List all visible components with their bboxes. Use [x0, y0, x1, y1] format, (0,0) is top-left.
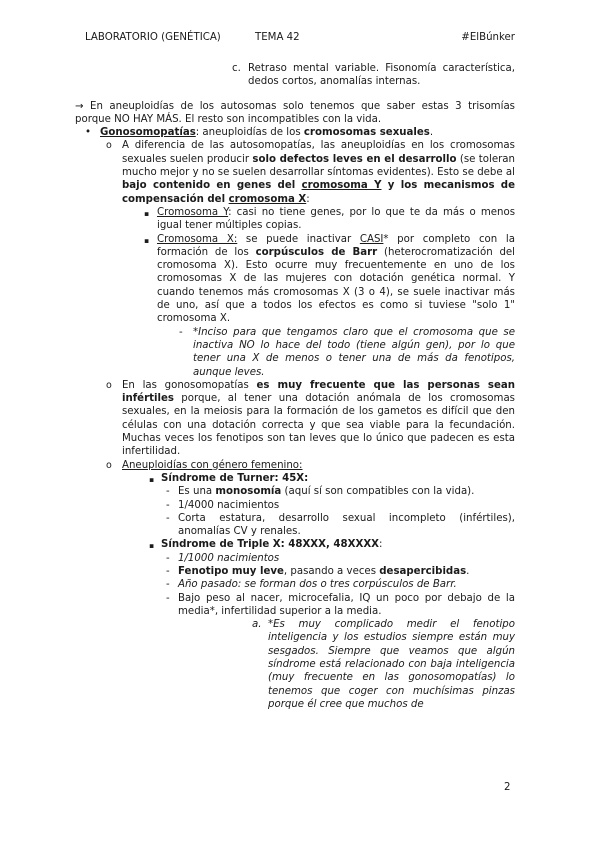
bullet-marker: o: [106, 139, 112, 152]
paragraph-text: A diferencia de las autosomopatías, las …: [122, 140, 515, 204]
paragraph-text: → En aneuploidías de los autosomas solo …: [75, 101, 515, 125]
paragraph-text: Síndrome de Triple X: 48XXX, 48XXXX:: [161, 539, 382, 550]
bullet-marker: ▪: [144, 207, 149, 220]
paragraph-text: Es una monosomía (aquí sí son compatible…: [178, 486, 474, 497]
document-body: c. Retraso mental variable. Fisonomía ca…: [0, 62, 599, 711]
list-item: • Gonosomopatías: aneuploidías de los cr…: [0, 126, 515, 139]
list-item: ▪ Cromosoma Y: casi no tiene genes, por …: [0, 206, 515, 233]
list-item: - Fenotipo muy leve, pasando a veces des…: [0, 565, 515, 578]
list-item: - 1/4000 nacimientos: [0, 499, 515, 512]
paragraph-text: Bajo peso al nacer, microcefalia, IQ un …: [178, 593, 515, 617]
list-item: c. Retraso mental variable. Fisonomía ca…: [0, 62, 515, 89]
header-course: LABORATORIO (GENÉTICA): [85, 31, 221, 44]
dash-marker: -: [166, 592, 170, 605]
dash-marker: -: [166, 512, 170, 525]
paragraph-text: Año pasado: se forman dos o tres corpúsc…: [178, 579, 457, 590]
list-item: - Año pasado: se forman dos o tres corpú…: [0, 578, 515, 591]
paragraph-text: En las gonosomopatías es muy frecuente q…: [122, 380, 515, 457]
bullet-marker: o: [106, 379, 112, 392]
paragraph-text: 1/4000 nacimientos: [178, 500, 279, 511]
paragraph-text: *Es muy complicado medir el fenotipo int…: [268, 619, 515, 710]
dash-marker: -: [166, 565, 170, 578]
list-item: o En las gonosomopatías es muy frecuente…: [0, 379, 515, 459]
page-number: 2: [504, 781, 510, 794]
list-item: - *Inciso para que tengamos claro que el…: [0, 326, 515, 379]
bullet-marker: o: [106, 459, 112, 472]
paragraph-text: *Inciso para que tengamos claro que el c…: [193, 327, 515, 378]
paragraph-text: Gonosomopatías: aneuploidías de los crom…: [100, 127, 433, 138]
page-header: LABORATORIO (GENÉTICA) TEMA 42 #ElBúnker: [0, 31, 599, 46]
paragraph-text: Cromosoma Y: casi no tiene genes, por lo…: [157, 207, 515, 231]
header-topic: TEMA 42: [255, 31, 300, 44]
dash-marker: -: [179, 326, 183, 339]
bullet-marker: ▪: [149, 539, 154, 552]
list-item: - Corta estatura, desarrollo sexual inco…: [0, 512, 515, 539]
bullet-marker: ▪: [144, 234, 149, 247]
paragraph-text: Síndrome de Turner: 45X:: [161, 473, 308, 484]
dash-marker: -: [166, 578, 170, 591]
arrow-paragraph: → En aneuploidías de los autosomas solo …: [0, 100, 515, 127]
dash-marker: -: [166, 499, 170, 512]
list-marker: c.: [232, 62, 241, 75]
document-page: LABORATORIO (GENÉTICA) TEMA 42 #ElBúnker…: [0, 0, 599, 848]
list-item: ▪ Síndrome de Triple X: 48XXX, 48XXXX:: [0, 538, 515, 551]
dash-marker: -: [166, 485, 170, 498]
paragraph-text: Aneuploidías con género femenino:: [122, 460, 302, 471]
list-item: ▪ Cromosoma X: se puede inactivar CASI* …: [0, 233, 515, 326]
header-tag: #ElBúnker: [461, 31, 515, 44]
list-item: a. *Es muy complicado medir el fenotipo …: [0, 618, 515, 711]
paragraph-text: Fenotipo muy leve, pasando a veces desap…: [178, 566, 469, 577]
letter-marker: a.: [252, 618, 261, 631]
bullet-marker: •: [85, 126, 91, 139]
paragraph-text: Corta estatura, desarrollo sexual incomp…: [178, 513, 515, 537]
bullet-marker: ▪: [149, 473, 154, 486]
list-item: - 1/1000 nacimientos: [0, 552, 515, 565]
list-item: o A diferencia de las autosomopatías, la…: [0, 139, 515, 205]
list-item: - Es una monosomía (aquí sí son compatib…: [0, 485, 515, 498]
dash-marker: -: [166, 552, 170, 565]
paragraph-text: Retraso mental variable. Fisonomía carac…: [248, 63, 515, 87]
list-item: o Aneuploidías con género femenino:: [0, 459, 515, 472]
paragraph-text: Cromosoma X: se puede inactivar CASI* po…: [157, 234, 515, 325]
paragraph-text: 1/1000 nacimientos: [178, 553, 279, 564]
list-item: - Bajo peso al nacer, microcefalia, IQ u…: [0, 592, 515, 619]
list-item: ▪ Síndrome de Turner: 45X:: [0, 472, 515, 485]
